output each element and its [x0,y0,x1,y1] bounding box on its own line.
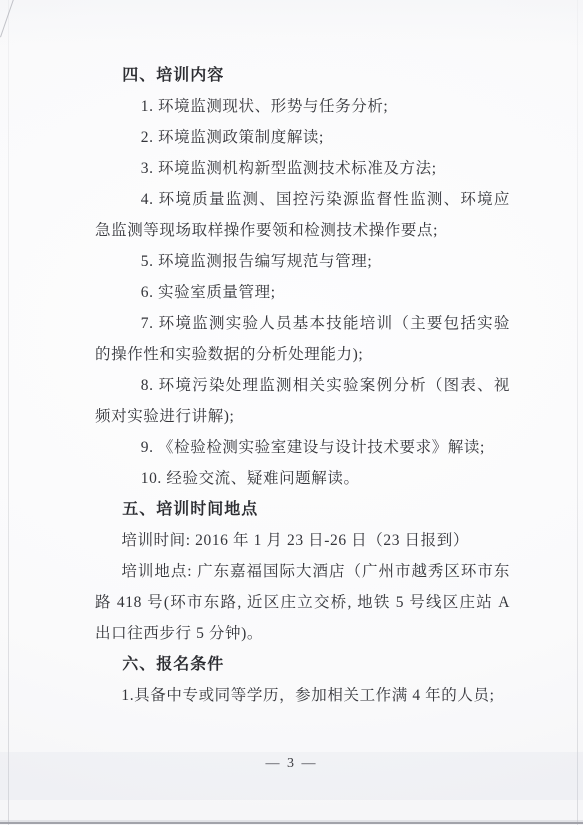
list-item-6: 6. 实验室质量管理; [95,277,510,308]
list-item-3: 3. 环境监测机构新型监测技术标准及方法; [95,153,510,184]
training-place-line: 培训地点: 广东嘉福国际大酒店（广州市越秀区环市东路 418 号(环市东路, 近… [95,556,510,649]
list-item-10: 10. 经验交流、疑难问题解读。 [95,463,510,494]
section-six-heading: 六、报名条件 [95,649,510,680]
list-item-requirement-1: 1.具备中专或同等学历，参加相关工作满 4 年的人员; [95,680,510,711]
page-number: — 3 — [0,756,583,772]
list-item-8: 8. 环境污染处理监测相关实验案例分析（图表、视频对实验进行讲解); [95,370,510,432]
list-item-4: 4. 环境质量监测、国控污染源监督性监测、环境应急监测等现场取样操作要领和检测技… [95,184,510,246]
section-five-heading: 五、培训时间地点 [95,494,510,525]
list-item-2: 2. 环境监测政策制度解读; [95,122,510,153]
scan-artifact-left-edge [8,0,9,825]
document-body: 四、培训内容 1. 环境监测现状、形势与任务分析; 2. 环境监测政策制度解读;… [95,60,510,711]
list-item-1: 1. 环境监测现状、形势与任务分析; [95,91,510,122]
scanned-page: 四、培训内容 1. 环境监测现状、形势与任务分析; 2. 环境监测政策制度解读;… [0,0,583,825]
scan-artifact-right-edge [577,0,578,825]
list-item-9: 9. 《检验检测实验室建设与设计技术要求》解读; [95,432,510,463]
list-item-5: 5. 环境监测报告编写规范与管理; [95,246,510,277]
list-item-7: 7. 环境监测实验人员基本技能培训（主要包括实验的操作性和实验数据的分析处理能力… [95,308,510,370]
scan-artifact-bottom-edge [0,822,583,824]
scan-artifact-corner-fold-line [0,0,14,37]
section-four-heading: 四、培训内容 [95,60,510,91]
training-time-line: 培训时间: 2016 年 1 月 23 日-26 日（23 日报到） [95,525,510,556]
